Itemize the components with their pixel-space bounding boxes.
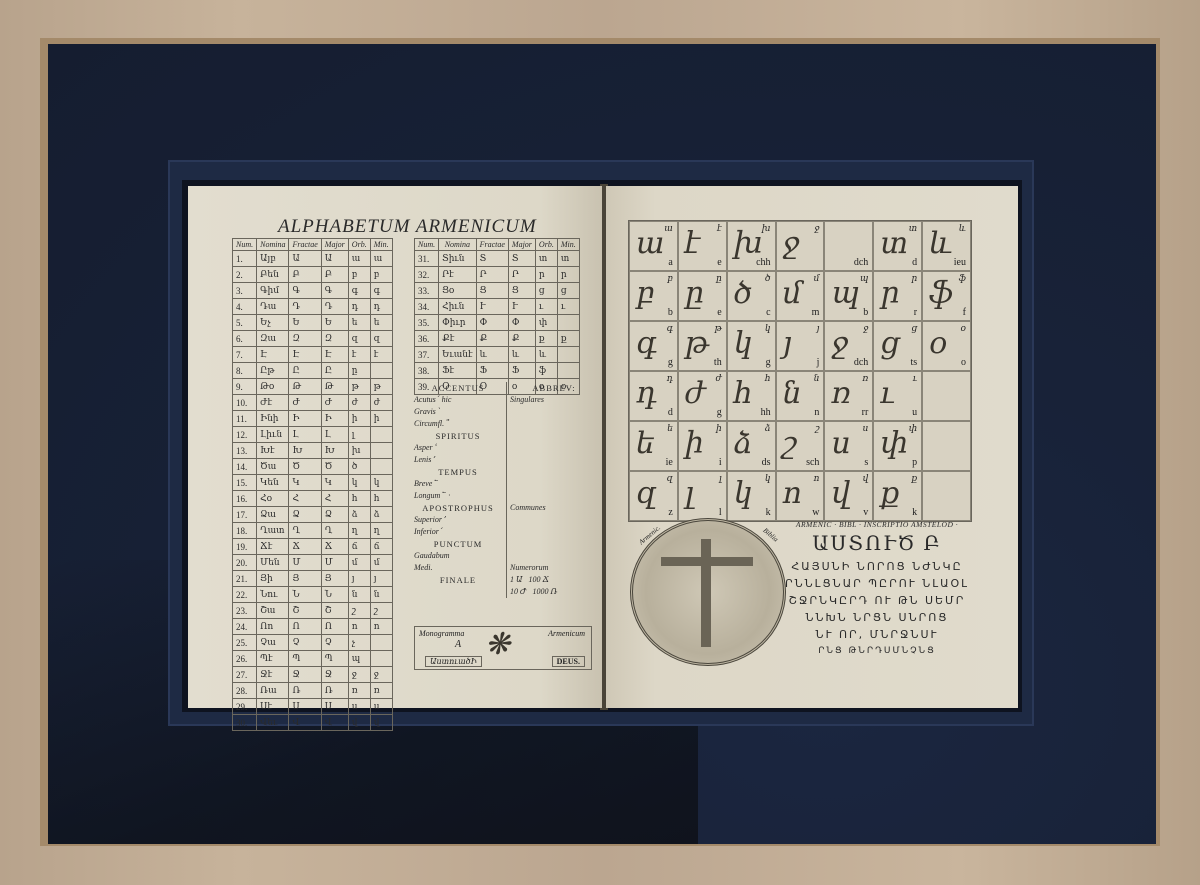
cell-min: ճ [370,539,392,555]
cell-major: Դ [321,299,348,315]
cell-fractae: Վ [289,715,321,731]
armenian-letter-label: ե [667,423,673,434]
cell-fractae: Ը [289,363,321,379]
cell-min: ե [370,315,392,331]
cell-major: Ր [508,267,535,283]
ornamental-bird-letter-icon: դ [636,376,657,411]
cell-min: տ [557,251,579,267]
ornamental-bird-letter-icon: ի [685,426,704,461]
spiritus-heading: SPIRITUS [414,430,502,442]
armenian-letter-label: ռ [862,373,868,384]
latin-transliteration: th [714,357,722,368]
header-nomina: Nomina [257,239,289,251]
accent-line: Superior ՚ [414,514,502,526]
table-row: 21.ՅիՅՅյյ [233,571,393,587]
armenian-letter-label: ւ [913,373,917,384]
ornamental-letter-cell: պպb [824,271,873,321]
cell-min: գ [370,283,392,299]
cell-min [370,427,392,443]
latin-transliteration: ie [666,457,673,468]
cell-major: Ո [321,619,348,635]
cell-orb: ղ [348,523,370,539]
monogram-box: Monogramma A ❋ Armenicum ԱստուածԻ DEUS. [414,626,592,670]
ornamental-letter-cell: ֆֆf [922,271,971,321]
cell-fractae: Գ [289,283,321,299]
ornamental-letter-cell: ոոw [776,471,825,521]
table-row: 19.ՃէՃՃճճ [233,539,393,555]
armenian-letter-label: ս [862,423,868,434]
cell-fractae: Ո [289,619,321,635]
table-row: 32.ՐէՐՐրր [415,267,580,283]
cell-orb: վ [348,715,370,731]
cell-num: 2. [233,267,257,283]
ornamental-bird-letter-icon: ֆ [929,276,953,311]
latin-transliteration: b [668,307,673,318]
accent-line: Breve ՟ [414,478,502,490]
armenian-letter-label: ձ [765,423,771,434]
cell-orb: կ [348,475,370,491]
latin-transliteration: v [863,507,868,518]
ornamental-bird-letter-icon: ւ [880,376,895,411]
cell-name: Է [257,347,289,363]
ornamental-letter-cell [922,471,971,521]
cell-name: Հիւն [439,299,476,315]
latin-transliteration: chh [756,257,770,268]
cell-orb: հ [348,491,370,507]
ornamental-bird-letter-icon: վ [831,476,850,511]
latin-transliteration: dch [854,257,868,268]
header-num: Num. [415,239,439,251]
abbrev-column: ABBREV: Singulares Communes Numerorum 1 … [506,382,598,598]
cell-min: յ [370,571,392,587]
inscription-heading: ARMENIC · BIBL · INSCRIPTIO AMSTELOD · [782,520,972,529]
cell-name: Խէ [257,443,289,459]
armenian-letter-label: ջ [863,323,868,334]
cell-min: ո [370,619,392,635]
cell-min: ց [557,283,579,299]
ornamental-bird-letter-icon: թ [685,326,709,361]
ornamental-letter-cell: ձձds [727,421,776,471]
latin-transliteration: l [719,507,722,518]
armenian-letter-label: օ [961,323,966,334]
cell-orb: ի [348,411,370,427]
cell-num: 10. [233,395,257,411]
numeral-row: 1 Ա 100 Ճ [510,574,598,586]
cell-name: Ծա [257,459,289,475]
latin-transliteration: i [719,457,722,468]
cell-fractae: և [476,347,508,363]
table-row: 30.ՎեւՎՎվվ [233,715,393,731]
latin-transliteration: c [766,307,770,318]
cell-min: է [370,347,392,363]
cell-name: Եւանէ [439,347,476,363]
table-row: 20.ՄենՄՄմմ [233,555,393,571]
monogram-ornament-icon: ❋ [485,627,510,662]
armenian-letter-label: կ [765,323,771,334]
ornamental-letter-cell: ջջdch [824,321,873,371]
latin-transliteration: p [912,457,917,468]
cell-num: 6. [233,331,257,347]
armenian-letter-label: է [717,223,722,234]
latin-transliteration: o [961,357,966,368]
table-row: 35.ՓիւրՓՓփ [415,315,580,331]
ornamental-bird-letter-icon: կ [734,476,753,511]
ornamental-letter-cell: ռռrr [824,371,873,421]
cell-orb: գ [348,283,370,299]
armenian-letter-label: ո [814,473,820,484]
numerorum-label: Numerorum [510,562,598,574]
ornamental-letter-grid: աաaէէeխխchhջջdchտտdևևieuբբbըըeծծcմմmպպbր… [628,220,972,522]
cell-major: Կ [321,475,348,491]
cell-major: Ֆ [508,363,535,379]
ornamental-letter-cell [922,421,971,471]
alphabet-table-left: Num. Nomina Fractae Major Orb. Min. 1.Այ… [232,238,393,731]
table-row: 17.ՁաՁՁձձ [233,507,393,523]
table-row: 25.ՉաՉՉչ [233,635,393,651]
armenian-letter-label: ծ [765,273,771,284]
armenian-letter-label: զ [667,473,673,484]
cell-orb: ց [535,283,557,299]
cell-name: Փիւր [439,315,476,331]
cell-name: Գիմ [257,283,289,299]
inscription-line: ՀԱՅՍՆԻ ՆՈՐՈՑ ՆԺՆԿԸ [782,558,972,575]
cell-major: Թ [321,379,348,395]
cell-major: Ժ [321,395,348,411]
cell-name: Յի [257,571,289,587]
ornamental-bird-letter-icon: լ [685,476,694,511]
cell-major: Շ [321,603,348,619]
cell-name: Բեն [257,267,289,283]
cell-num: 14. [233,459,257,475]
cell-major: Ի [321,411,348,427]
armenian-letter-label: մ [814,273,820,284]
armenian-letter-label: բ [667,273,673,284]
monogram-armenian: ԱստուածԻ [425,656,482,667]
cell-orb: ր [535,267,557,283]
armenian-letter-label: դ [667,373,673,384]
ornamental-letter-cell: եեie [629,421,678,471]
armenian-letter-label: ի [716,423,722,434]
numeral-row: 10 Ժ 1000 Ռ [510,586,598,598]
cell-major: Ը [321,363,348,379]
cell-fractae: Լ [289,427,321,443]
cell-orb: շ [348,603,370,619]
table-row: 26.ՊէՊՊպ [233,651,393,667]
cell-orb: ռ [348,683,370,699]
cell-major: Է [321,347,348,363]
cell-min: մ [370,555,392,571]
inscription-ornate-line: ԱՍՏՈՒԾ Բ [782,531,972,556]
cell-num: 30. [233,715,257,731]
cell-name: Լիւն [257,427,289,443]
table-row: 27.ՋէՋՋջջ [233,667,393,683]
accent-line: Inferior ՛ [414,526,502,538]
latin-transliteration: n [814,407,819,418]
cell-name: Ոո [257,619,289,635]
ornamental-bird-letter-icon: մ [783,276,802,311]
latin-transliteration: g [766,357,771,368]
ornamental-letter-cell: ցցts [873,321,922,371]
cell-name: Քէ [439,331,476,347]
cell-orb: լ [348,427,370,443]
cell-fractae: Ջ [289,667,321,683]
inscription-line: ՐՆՑ ԹՆՐԴՍՄՆՉՆՑ [782,643,972,660]
armenian-letter-label: ք [911,473,917,484]
ornamental-bird-letter-icon: յ [783,326,792,361]
finale-heading: FINALE [414,574,502,586]
table-row: 7.ԷԷԷէէ [233,347,393,363]
latin-transliteration: ds [762,457,771,468]
left-page: ALPHABETUM ARMENICUM Num. Nomina Fractae… [188,186,602,708]
cell-num: 36. [415,331,439,347]
cell-num: 22. [233,587,257,603]
cell-orb: ե [348,315,370,331]
singulares-label: Singulares [510,394,598,406]
cell-num: 29. [233,699,257,715]
cell-name: Ֆէ [439,363,476,379]
table-row: 38.ՖէՖՖֆ [415,363,580,379]
cell-name: Հօ [257,491,289,507]
cell-min: ս [370,699,392,715]
cell-orb: յ [348,571,370,587]
ornamental-bird-letter-icon: պ [831,276,859,311]
latin-transliteration: b [863,307,868,318]
table-row: 22.ՆուՆՆնն [233,587,393,603]
cell-orb: փ [535,315,557,331]
cell-min: շ [370,603,392,619]
cell-fractae: Պ [289,651,321,667]
page-title: ALPHABETUM ARMENICUM [278,216,537,238]
armenian-bible-inscription: ARMENIC · BIBL · INSCRIPTIO AMSTELOD · Ա… [782,520,972,660]
cell-name: Ինի [257,411,289,427]
cell-min [370,459,392,475]
ornamental-bird-letter-icon: բ [636,276,655,311]
table-row: 11.ԻնիԻԻիի [233,411,393,427]
cell-name: Եչ [257,315,289,331]
ornamental-bird-letter-icon: ծ [734,276,752,311]
ornamental-letter-cell: գգg [629,321,678,371]
ornamental-bird-letter-icon: հ [734,376,753,411]
monogram-word: Armenicum [548,629,585,638]
cell-major: Գ [321,283,348,299]
cell-major: Լ [321,427,348,443]
table-row: 14.ԾաԾԾծ [233,459,393,475]
cell-num: 4. [233,299,257,315]
inscription-line: ՆՒ ՈՐ, ՄՆՐՋՆՍՒ [782,626,972,643]
ornamental-letter-cell: դդd [629,371,678,421]
latin-transliteration: ieu [954,257,966,268]
cell-fractae: Ձ [289,507,321,523]
inscription-line: ՐՆՆԼՑՆԱՐ ՊԸՐՈՒ ՆԼԱՕԼ [782,575,972,592]
armenian-letter-label: ց [911,323,917,334]
header-fractae: Fractae [476,239,508,251]
cell-orb: ձ [348,507,370,523]
header-min: Min. [370,239,392,251]
cell-name: Ճէ [257,539,289,555]
ornamental-letter-cell: օօo [922,321,971,371]
table-row: 15.ԿենԿԿկկ [233,475,393,491]
cell-num: 21. [233,571,257,587]
cell-min: ւ [557,299,579,315]
apostrophus-heading: APOSTROPHUS [414,502,502,514]
armenian-letter-label: շ [815,423,819,434]
ornamental-letter-cell: հհhh [727,371,776,421]
accent-line: Circumfl. ՞ [414,418,502,430]
table-row: 2.ԲենԲԲբբ [233,267,393,283]
armenian-letter-label: լ [719,473,722,484]
cell-num: 35. [415,315,439,331]
cell-major: Վ [321,715,348,731]
cell-orb: ա [348,251,370,267]
ornamental-bird-letter-icon: տ [880,226,908,261]
ornamental-bird-letter-icon: կ [734,326,753,361]
cell-fractae: Փ [476,315,508,331]
cell-min: վ [370,715,392,731]
cell-min [370,651,392,667]
armenian-letter-label: վ [863,473,869,484]
crucifix-seal-engraving: Armenic. Biblia [630,518,786,666]
cell-num: 28. [233,683,257,699]
header-orb: Orb. [535,239,557,251]
cell-min: ր [557,267,579,283]
cell-fractae: Ե [289,315,321,331]
cell-major: Բ [321,267,348,283]
table-row: 3.ԳիմԳԳգգ [233,283,393,299]
cell-fractae: Տ [476,251,508,267]
cell-fractae: Շ [289,603,321,619]
cell-orb: ջ [348,667,370,683]
ornamental-letter-cell: փփp [873,421,922,471]
cell-orb: զ [348,331,370,347]
cell-num: 5. [233,315,257,331]
cell-name: Մեն [257,555,289,571]
cell-fractae: Ք [476,331,508,347]
cell-orb: մ [348,555,370,571]
table-row: 4.ԴաԴԴդդ [233,299,393,315]
cell-min: թ [370,379,392,395]
cell-min: ջ [370,667,392,683]
accentus-heading: ACCENTUS [414,382,502,394]
cell-num: 3. [233,283,257,299]
header-major: Major [321,239,348,251]
cell-num: 33. [415,283,439,299]
armenian-letter-label: տ [909,223,917,234]
ornamental-letter-cell: բբb [629,271,678,321]
cell-name: Պէ [257,651,289,667]
cell-fractae: Ց [476,283,508,299]
header-num: Num. [233,239,257,251]
cell-fractae: Ճ [289,539,321,555]
cell-orb: ն [348,587,370,603]
cell-orb: խ [348,443,370,459]
cell-fractae: Ա [289,251,321,267]
cell-orb: ֆ [535,363,557,379]
cell-name: Ձա [257,507,289,523]
ornamental-letter-cell: ծծc [727,271,776,321]
cell-major: Ք [508,331,535,347]
table-row: 36.ՔէՔՔքք [415,331,580,347]
cell-name: Թօ [257,379,289,395]
cell-min: ա [370,251,392,267]
ornamental-letter-cell: իիi [678,421,727,471]
accent-line: Medi. [414,562,502,574]
table-row: 5.ԵչԵԵեե [233,315,393,331]
cell-num: 17. [233,507,257,523]
ornamental-letter-cell: լլl [678,471,727,521]
ornamental-bird-letter-icon: ր [880,276,899,311]
cell-major: Հ [321,491,348,507]
armenian-letter-label: պ [860,273,868,284]
cell-num: 11. [233,411,257,427]
ornamental-letter-cell: ևևieu [922,221,971,271]
cell-name: Սէ [257,699,289,715]
cell-name: Ցօ [439,283,476,299]
cell-major: Պ [321,651,348,667]
accent-line: Longum ՟ · [414,490,502,502]
cell-major: և [508,347,535,363]
cell-min: հ [370,491,392,507]
cell-min [370,363,392,379]
armenian-letter-label: ժ [716,373,722,384]
cell-fractae: Դ [289,299,321,315]
table-row: 29.ՍէՍՍսս [233,699,393,715]
cell-fractae: Ժ [289,395,321,411]
ornamental-letter-cell: խխchh [727,221,776,271]
cross-horizontal [661,557,753,566]
cell-fractae: Կ [289,475,321,491]
cell-num: 19. [233,539,257,555]
latin-transliteration: sch [806,457,819,468]
latin-transliteration: d [668,407,673,418]
ornamental-bird-letter-icon: ն [783,376,802,411]
ornamental-letter-cell: ջջ [776,221,825,271]
cell-major: Ծ [321,459,348,475]
cell-num: 16. [233,491,257,507]
cell-num: 15. [233,475,257,491]
table-row: 13.ԽէԽԽխ [233,443,393,459]
cell-major: Մ [321,555,348,571]
armenian-letter-label: ն [814,373,820,384]
communes-label: Communes [510,502,598,514]
cell-fractae: Թ [289,379,321,395]
abbrev-heading: ABBREV: [510,382,598,394]
cell-major: Չ [321,635,348,651]
cell-min: ձ [370,507,392,523]
cell-min: կ [370,475,392,491]
armenian-letter-label: փ [909,423,917,434]
cell-num: 8. [233,363,257,379]
cell-orb: թ [348,379,370,395]
ornamental-letter-cell: կկg [727,321,776,371]
cell-orb: ժ [348,395,370,411]
table-row: 24.ՈոՈՈոո [233,619,393,635]
cell-name: Վեւ [257,715,289,731]
alphabet-table-right: Num. Nomina Fractae Major Orb. Min. 31.Տ… [414,238,580,395]
cell-major: Ռ [321,683,348,699]
cell-min [370,443,392,459]
cell-min: ն [370,587,392,603]
accent-line: Lenis ՚ [414,454,502,466]
armenian-letter-label: ֆ [959,273,966,284]
latin-transliteration: s [864,457,868,468]
cell-fractae: Ն [289,587,321,603]
armenian-letter-label: ջ [814,223,819,234]
cell-major: Տ [508,251,535,267]
ornamental-bird-letter-icon: ո [783,476,802,511]
latin-transliteration: r [914,307,917,318]
accents-abbreviations-panel: ACCENTUS Acutus ՛ hic Gravis ՝ Circumfl.… [414,382,594,638]
cell-major: Ճ [321,539,348,555]
